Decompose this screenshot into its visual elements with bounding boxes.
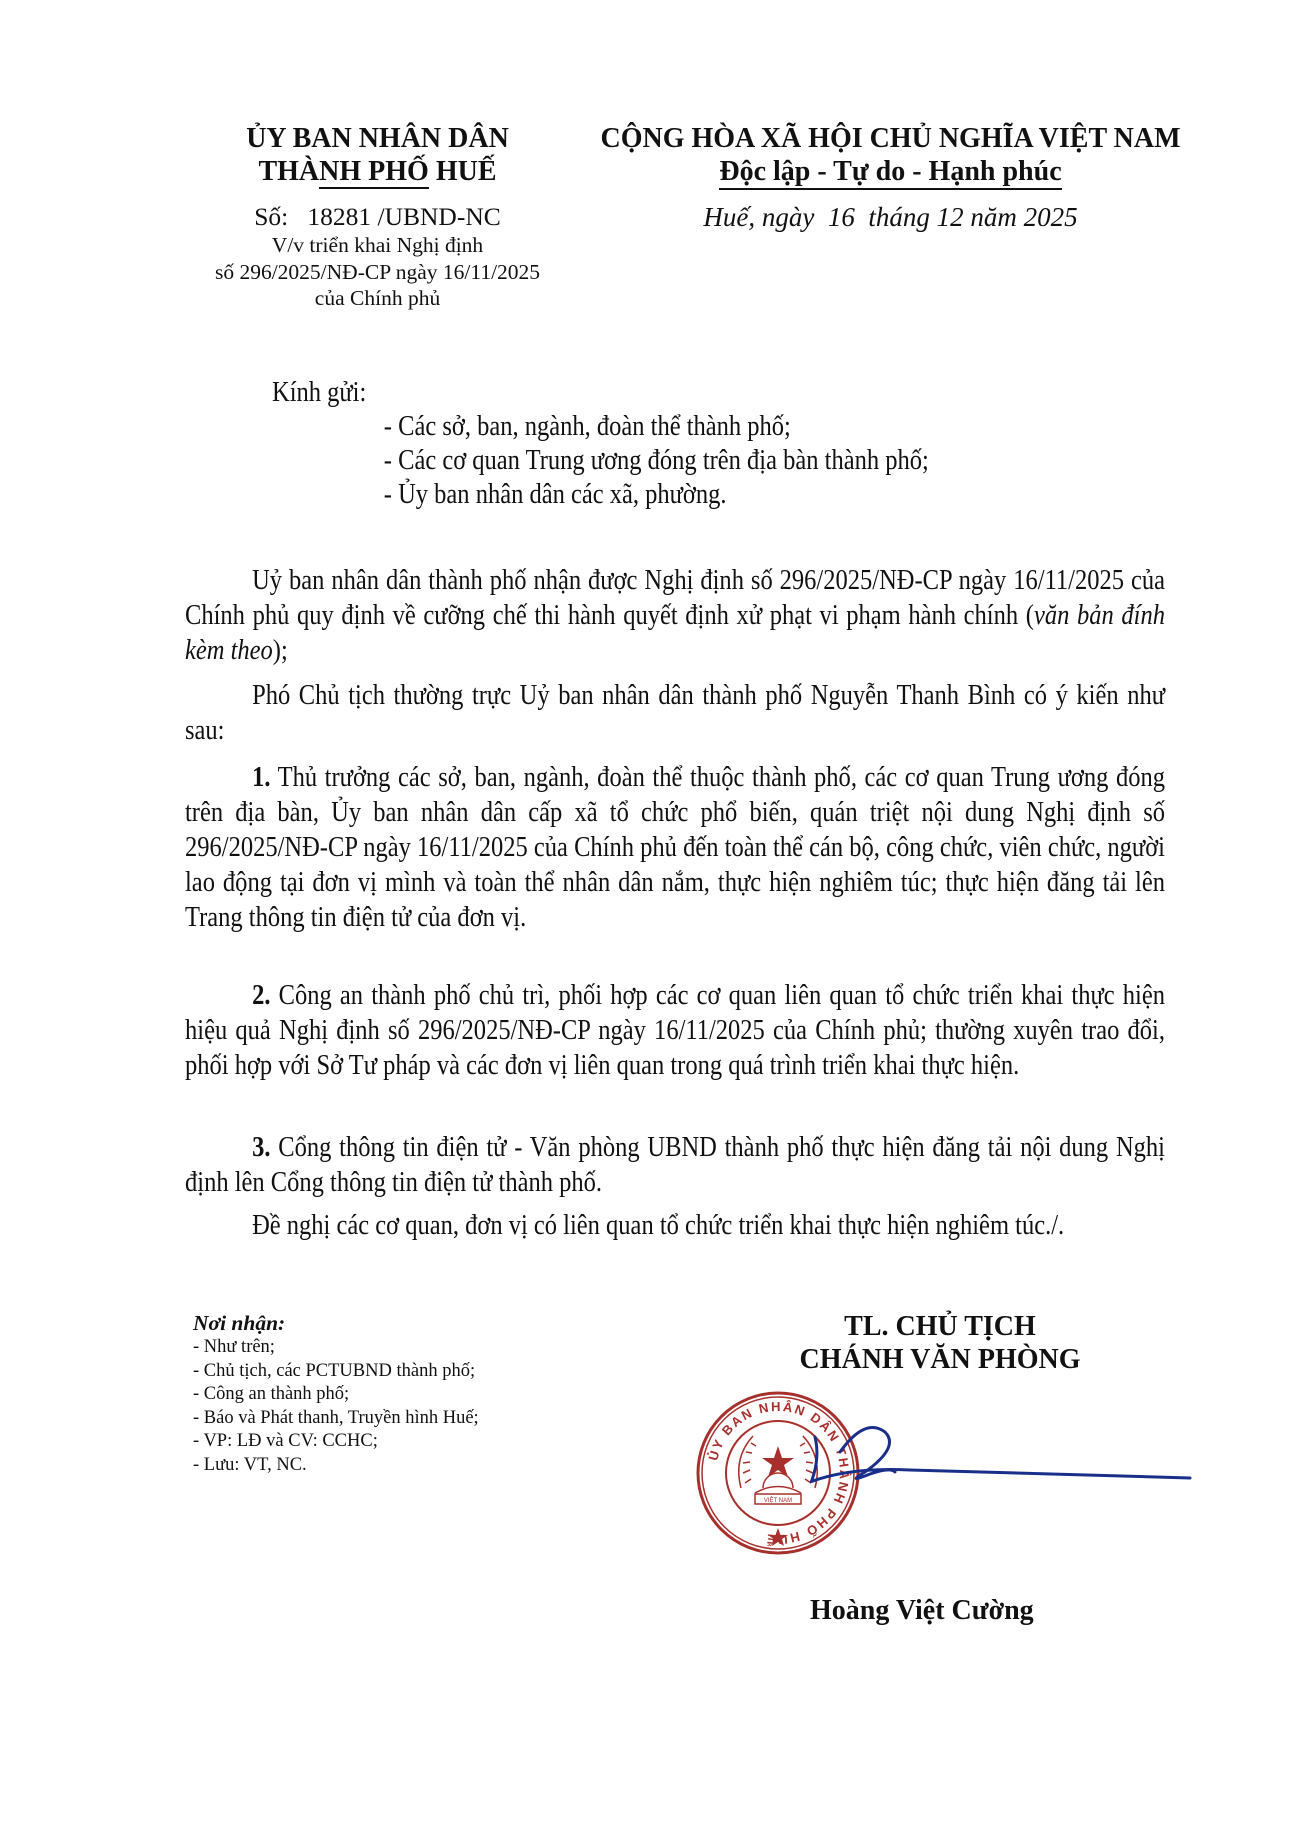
signer-authority: TL. CHỦ TỊCH bbox=[740, 1310, 1140, 1343]
distribution-title: Nơi nhận: bbox=[193, 1310, 479, 1336]
paragraph-received-decree: Uỷ ban nhân dân thành phố nhận được Nghị… bbox=[185, 563, 1165, 668]
recipients-list: - Các sở, ban, ngành, đoàn thể thành phố… bbox=[384, 409, 929, 511]
national-motto: Độc lập - Tự do - Hạnh phúc bbox=[578, 155, 1203, 188]
recipients-label: Kính gửi: bbox=[272, 375, 929, 409]
paragraph-text: Phó Chủ tịch thường trực Uỷ ban nhân dân… bbox=[185, 678, 1165, 748]
directive-item-1: 1. Thủ trưởng các sở, ban, ngành, đoàn t… bbox=[185, 760, 1165, 935]
recipient-item: - Ủy ban nhân dân các xã, phường. bbox=[384, 477, 929, 511]
paragraph-vice-chairman-opinion: Phó Chủ tịch thường trực Uỷ ban nhân dân… bbox=[185, 678, 1165, 748]
authority-name-prefix: THÀ bbox=[258, 156, 319, 187]
subject-line-2: số 296/2025/NĐ-CP ngày 16/11/2025 bbox=[175, 259, 580, 286]
subject-line-3: của Chính phủ bbox=[175, 285, 580, 312]
distribution-item: - Như trên; bbox=[193, 1336, 479, 1360]
motto-text: Độc lập - Tự do - Hạnh phúc bbox=[719, 156, 1061, 190]
emblem-text: VIỆT NAM bbox=[764, 1496, 792, 1504]
distribution-item: - Công an thành phố; bbox=[193, 1383, 479, 1407]
place-and-date: Huế, ngày 16 tháng 12 năm 2025 bbox=[578, 202, 1203, 232]
signer-name: Hoàng Việt Cường bbox=[810, 1595, 1110, 1627]
item-number: 2. bbox=[252, 980, 270, 1011]
recipient-item: - Các sở, ban, ngành, đoàn thể thành phố… bbox=[384, 409, 929, 443]
paragraph-text: Đề nghị các cơ quan, đơn vị có liên quan… bbox=[185, 1208, 1165, 1243]
recipient-item: - Các cơ quan Trung ương đóng trên địa b… bbox=[384, 443, 929, 477]
distribution-item: - Chủ tịch, các PCTUBND thành phố; bbox=[193, 1360, 479, 1384]
document-number: Số: 18281 /UBND-NC bbox=[175, 202, 580, 232]
handwritten-signature bbox=[810, 1412, 1200, 1502]
distribution-item: - Báo và Phát thanh, Truyền hình Huế; bbox=[193, 1407, 479, 1431]
item-text: Công an thành phố chủ trì, phối hợp các … bbox=[185, 980, 1165, 1081]
directive-item-2: 2. Công an thành phố chủ trì, phối hợp c… bbox=[185, 978, 1165, 1083]
national-heading-block: CỘNG HÒA XÃ HỘI CHỦ NGHĨA VIỆT NAM Độc l… bbox=[578, 122, 1203, 232]
subject-line-1: V/v triển khai Nghị định bbox=[175, 232, 580, 259]
national-title: CỘNG HÒA XÃ HỘI CHỦ NGHĨA VIỆT NAM bbox=[578, 122, 1203, 155]
signature-block: TL. CHỦ TỊCH CHÁNH VĂN PHÒNG Hoàng Việt … bbox=[740, 1310, 1140, 1376]
distribution-item: - Lưu: VT, NC. bbox=[193, 1454, 479, 1478]
recipients-block: Kính gửi: - Các sở, ban, ngành, đoàn thể… bbox=[272, 375, 929, 511]
signer-title: CHÁNH VĂN PHÒNG bbox=[740, 1343, 1140, 1376]
item-text: Thủ trưởng các sở, ban, ngành, đoàn thể … bbox=[185, 762, 1165, 933]
distribution-item: - VP: LĐ và CV: CCHC; bbox=[193, 1430, 479, 1454]
paragraph-text: Uỷ ban nhân dân thành phố nhận được Nghị… bbox=[185, 565, 1165, 631]
signature-icon bbox=[810, 1412, 1200, 1502]
issuing-authority-block: ỦY BAN NHÂN DÂN THÀNH PHỐ HUẾ Số: 18281 … bbox=[175, 122, 580, 312]
closing-paragraph: Đề nghị các cơ quan, đơn vị có liên quan… bbox=[185, 1208, 1165, 1243]
authority-name-suffix: HUẾ bbox=[429, 156, 497, 187]
paragraph-end: ); bbox=[273, 635, 288, 666]
authority-name-underlined: NH PHỐ bbox=[319, 156, 429, 189]
item-text: Cổng thông tin điện tử - Văn phòng UBND … bbox=[185, 1132, 1165, 1198]
item-number: 1. bbox=[252, 762, 270, 793]
distribution-list: Nơi nhận: - Như trên; - Chủ tịch, các PC… bbox=[193, 1310, 479, 1477]
directive-item-3: 3. Cổng thông tin điện tử - Văn phòng UB… bbox=[185, 1130, 1165, 1200]
item-number: 3. bbox=[252, 1132, 270, 1163]
authority-name-line2: THÀNH PHỐ HUẾ bbox=[175, 155, 580, 188]
authority-name-line1: ỦY BAN NHÂN DÂN bbox=[175, 122, 580, 155]
